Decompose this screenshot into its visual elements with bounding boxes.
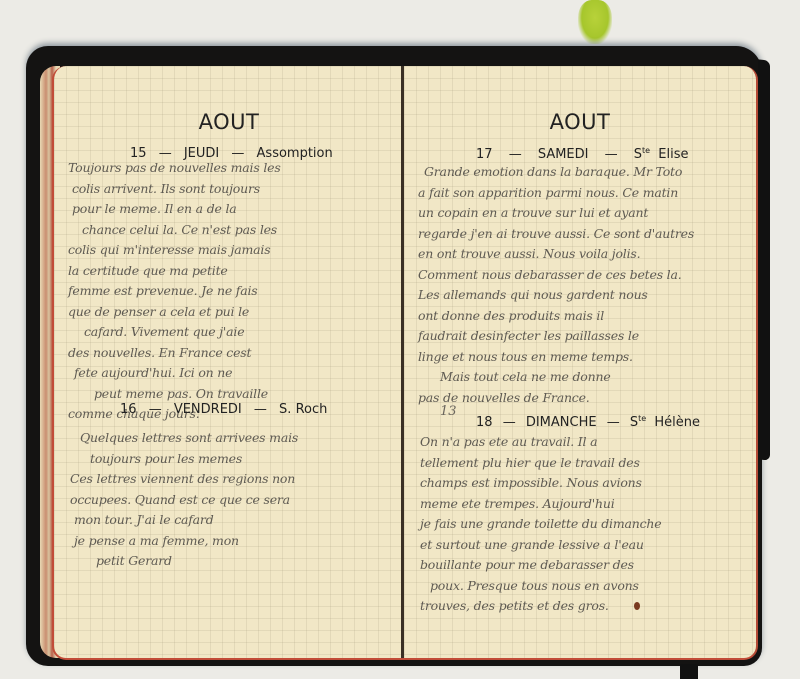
handwritten-entry-16: Quelques lettres sont arrivees mais touj… [70,428,298,572]
saint-abbrev-sup: te [642,146,650,155]
saint-abbrev: S [630,415,638,430]
dash-separator: — [254,402,267,417]
dash-separator: — [607,415,620,430]
weekday: DIMANCHE [526,415,597,430]
day-number: 16 [120,402,137,417]
bookmark-ribbon [758,59,770,460]
handwriting-line: regarde j'en ai trouve aussi. Ce sont d'… [418,224,694,245]
saint-abbrev: S [634,147,642,162]
handwriting-line: je fais une grande toilette du dimanche [420,514,661,535]
day-number: 18 [476,415,493,430]
handwriting-line: Grande emotion dans la baraque. Mr Toto [418,162,694,183]
handwriting-line: a fait son apparition parmi nous. Ce mat… [418,183,694,204]
dash-separator: — [605,147,618,162]
handwriting-line: meme ete trempes. Aujourd'hui [420,494,661,515]
handwriting-line: Ces lettres viennent des regions non [70,469,298,490]
handwriting-line: poux. Presque tous nous en avons [420,576,661,597]
right-page: AOUT 17 — SAMEDI — Ste Elise Grande emot… [404,66,758,660]
day-header-17: 17 — SAMEDI — Ste Elise [476,146,688,162]
handwriting-line: On n'a pas ete au travail. Il a [420,432,661,453]
weekday: VENDREDI [174,402,242,417]
weekday: SAMEDI [538,147,589,162]
saint-prefix: Ste [630,414,646,430]
handwriting-line: toujours pour les memes [70,449,298,470]
saint-name: Elise [658,147,688,162]
saint-prefix: Ste [634,146,650,162]
handwriting-line: tellement plu hier que le travail des [420,453,661,474]
saint-abbrev-sup: te [638,414,646,423]
day-header-16: 16 — VENDREDI — S. Roch [120,402,327,417]
ink-spot [634,602,640,610]
handwriting-line: peut meme pas. On travaille [68,384,281,405]
handwriting-line: cafard. Vivement que j'aie [68,322,281,343]
handwriting-line: pour le meme. Il en a de la [68,199,281,220]
day-number: 17 [476,147,493,162]
handwriting-line: un copain en a trouve sur lui et ayant [418,203,694,224]
month-heading: AOUT [404,110,756,134]
handwriting-line: pas de nouvelles de France. [418,388,694,409]
handwriting-line: chance celui la. Ce n'est pas les [68,220,281,241]
bookmark-ribbon-tail [680,664,698,679]
handwritten-entry-17: Grande emotion dans la baraque. Mr Toto … [418,162,694,408]
day-header-18: 18 — DIMANCHE — Ste Hélène [476,414,700,430]
dash-separator: — [509,147,522,162]
handwriting-line: bouillante pour me debarasser des [420,555,661,576]
handwriting-line: Toujours pas de nouvelles mais les [68,158,281,179]
handwriting-line: faudrait desinfecter les paillasses le [418,326,694,347]
handwriting-line: Quelques lettres sont arrivees mais [70,428,298,449]
handwriting-line: et surtout une grande lessive a l'eau [420,535,661,556]
handwriting-line: ont donne des produits mais il [418,306,694,327]
handwriting-line: champs est impossible. Nous avions [420,473,661,494]
handwriting-line: femme est prevenue. Je ne fais [68,281,281,302]
handwriting-line: la certitude que ma petite [68,261,281,282]
handwriting-line: Les allemands qui nous gardent nous [418,285,694,306]
saint-name: S. Roch [279,402,327,417]
dash-separator: — [503,415,516,430]
handwriting-line: en ont trouve aussi. Nous voila jolis. [418,244,694,265]
handwriting-line: Comment nous debarasser de ces betes la. [418,265,694,286]
left-page: AOUT 15 — JEUDI — Assomption Toujours pa… [52,66,404,660]
green-paint-stain [578,0,612,44]
handwriting-line: petit Gerard [70,551,298,572]
margin-note: 13 [440,404,457,419]
handwriting-line: fete aujourd'hui. Ici on ne [68,363,281,384]
month-heading: AOUT [54,110,404,134]
handwriting-line: mon tour. J'ai le cafard [70,510,298,531]
handwriting-line: colis arrivent. Ils sont toujours [68,179,281,200]
handwriting-line: occupees. Quand est ce que ce sera [70,490,298,511]
handwriting-line: trouves, des petits et des gros. [420,596,661,617]
dash-separator: — [149,402,162,417]
handwriting-line: des nouvelles. En France cest [68,343,281,364]
handwriting-line: Mais tout cela ne me donne [418,367,694,388]
handwriting-line: colis qui m'interesse mais jamais [68,240,281,261]
handwriting-line: linge et nous tous en meme temps. [418,347,694,368]
handwritten-entry-15: Toujours pas de nouvelles mais les colis… [68,158,281,418]
handwritten-entry-18: On n'a pas ete au travail. Il a tellemen… [420,432,661,617]
handwriting-line: que de penser a cela et pui le [68,302,281,323]
saint-name: Hélène [654,415,700,430]
handwriting-line: je pense a ma femme, mon [70,531,298,552]
